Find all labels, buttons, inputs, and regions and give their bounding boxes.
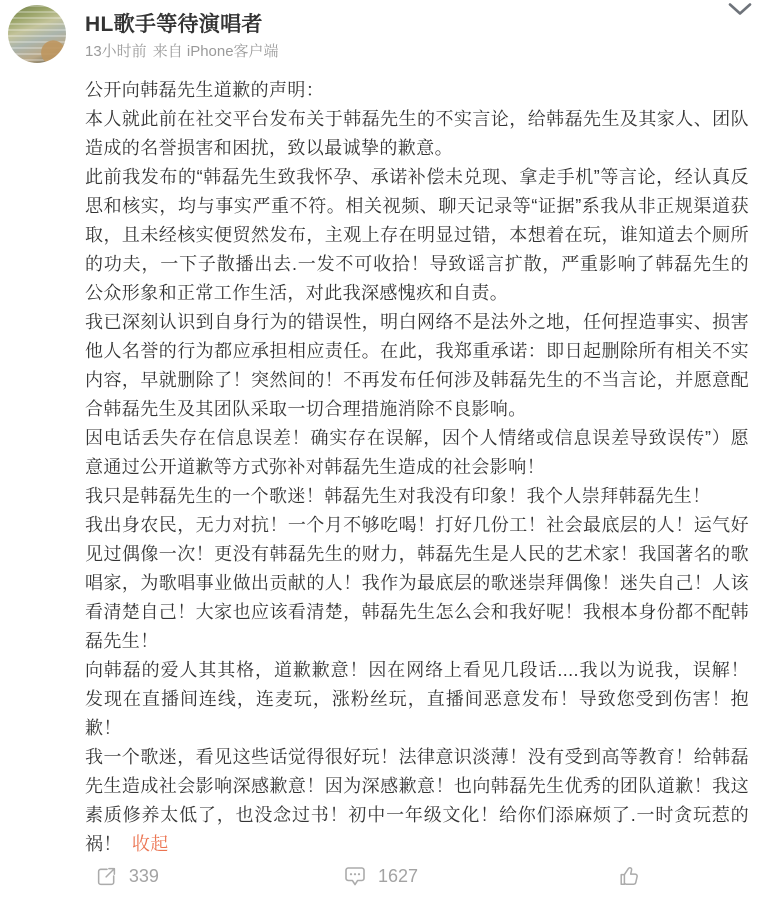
post-meta: 13小时前来自 iPhone客户端 [85,40,285,61]
username[interactable]: HL歌手等待演唱者 [85,8,263,38]
comment-button[interactable]: 1627 [254,865,508,888]
collapse-link[interactable]: 收起 [132,834,169,854]
share-count: 339 [129,866,159,887]
post-time[interactable]: 13小时前 [85,43,147,60]
post-paragraph: 因电话丢失存在信息误差！确实存在误解，因个人情绪或信息误差导致误传”）愿意通过公… [85,424,749,482]
post-paragraph: 此前我发布的“韩磊先生致我怀孕、承诺补偿未兑现、拿走手机”等言论，经认真反思和核… [85,163,749,308]
like-button[interactable] [507,864,761,888]
avatar[interactable] [8,5,66,63]
post-paragraph: 我只是韩磊先生的一个歌迷！韩磊先生对我没有印象！我个人崇拜韩磊先生！ [85,482,749,511]
weibo-post: HL歌手等待演唱者 13小时前来自 iPhone客户端 公开向韩磊先生道歉的声明… [0,0,761,899]
post-paragraph: 本人就此前在社交平台发布关于韩磊先生的不实言论，给韩磊先生及其家人、团队造成的名… [85,105,749,163]
share-icon [95,865,118,888]
post-source[interactable]: 来自 iPhone客户端 [153,43,279,60]
action-bar: 339 1627 [0,853,761,899]
post-paragraph: 我已深刻认识到自身行为的错误性，明白网络不是法外之地，任何捏造事实、损害他人名誉… [85,308,749,424]
comment-icon [343,865,367,888]
post-paragraph: 向韩磊的爱人其其格，道歉歉意！因在网络上看见几段话....我以为说我，误解！发现… [85,656,749,743]
thumbs-up-icon [617,864,641,888]
share-button[interactable]: 339 [0,865,254,888]
post-paragraph: 公开向韩磊先生道歉的声明： [85,76,749,105]
chevron-down-icon[interactable] [727,2,753,18]
post-content: 公开向韩磊先生道歉的声明：本人就此前在社交平台发布关于韩磊先生的不实言论，给韩磊… [85,76,749,859]
post-paragraph: 我一个歌迷，看见这些话觉得很好玩！法律意识淡薄！没有受到高等教育！给韩磊先生造成… [85,743,749,859]
post-paragraph: 我出身农民，无力对抗！一个月不够吃喝！打好几份工！社会最底层的人！运气好见过偶像… [85,511,749,656]
comment-count: 1627 [378,866,418,887]
